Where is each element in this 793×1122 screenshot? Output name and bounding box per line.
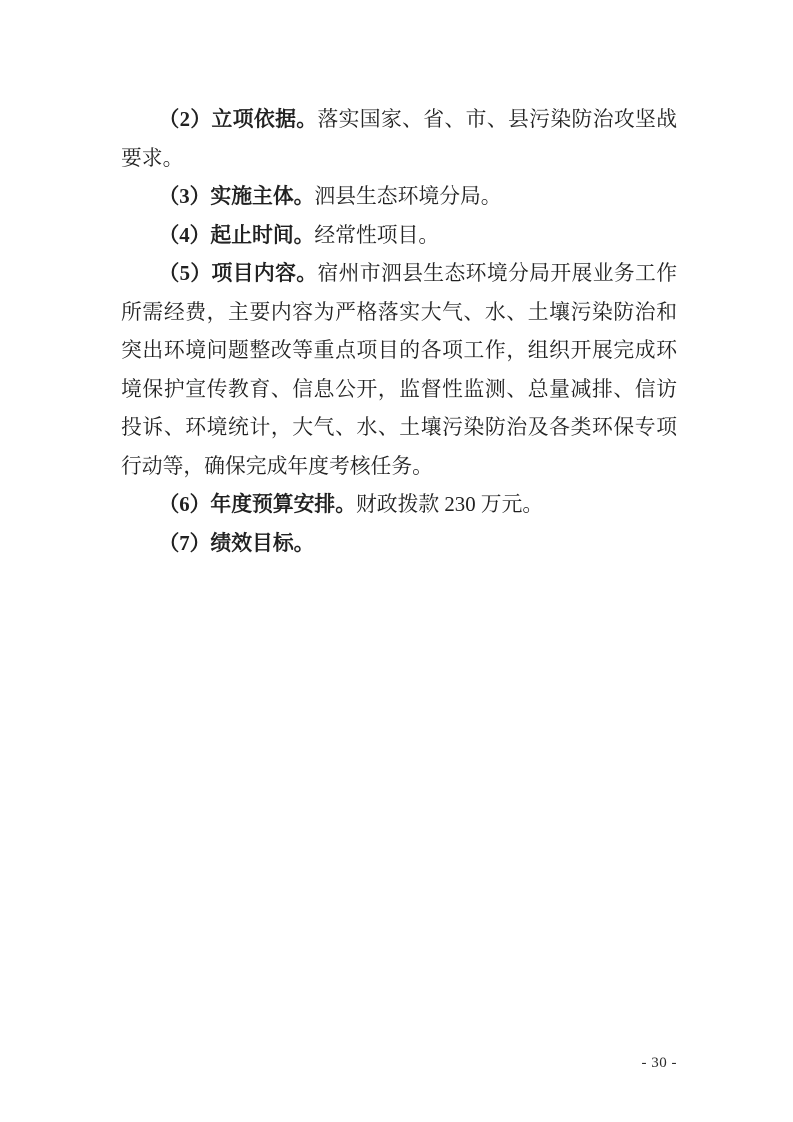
paragraph-item-4: （4）起止时间。经常性项目。 — [121, 217, 677, 256]
paragraph-item-7: （7）绩效目标。 — [121, 525, 677, 564]
paragraph-item-3: （3）实施主体。泗县生态环境分局。 — [121, 178, 677, 217]
item-6-text: 财政拨款 230 万元。 — [356, 493, 543, 516]
document-page: （2）立项依据。落实国家、省、市、县污染防治攻坚战要求。 （3）实施主体。泗县生… — [0, 0, 793, 1122]
item-3-text: 泗县生态环境分局。 — [314, 185, 501, 208]
paragraph-item-5: （5）项目内容。宿州市泗县生态环境分局开展业务工作所需经费，主要内容为严格落实大… — [121, 255, 677, 486]
paragraph-item-6: （6）年度预算安排。财政拨款 230 万元。 — [121, 486, 677, 525]
item-5-heading: （5）项目内容。 — [158, 262, 317, 285]
item-4-text: 经常性项目。 — [314, 224, 439, 247]
item-6-heading: （6）年度预算安排。 — [158, 493, 356, 516]
item-2-heading: （2）立项依据。 — [158, 108, 317, 131]
item-5-text: 宿州市泗县生态环境分局开展业务工作所需经费，主要内容为严格落实大气、水、土壤污染… — [121, 262, 677, 478]
document-body: （2）立项依据。落实国家、省、市、县污染防治攻坚战要求。 （3）实施主体。泗县生… — [121, 101, 677, 563]
item-4-heading: （4）起止时间。 — [158, 224, 314, 247]
paragraph-item-2: （2）立项依据。落实国家、省、市、县污染防治攻坚战要求。 — [121, 101, 677, 178]
item-3-heading: （3）实施主体。 — [158, 185, 314, 208]
page-number: - 30 - — [121, 1053, 677, 1073]
item-7-heading: （7）绩效目标。 — [158, 532, 314, 555]
